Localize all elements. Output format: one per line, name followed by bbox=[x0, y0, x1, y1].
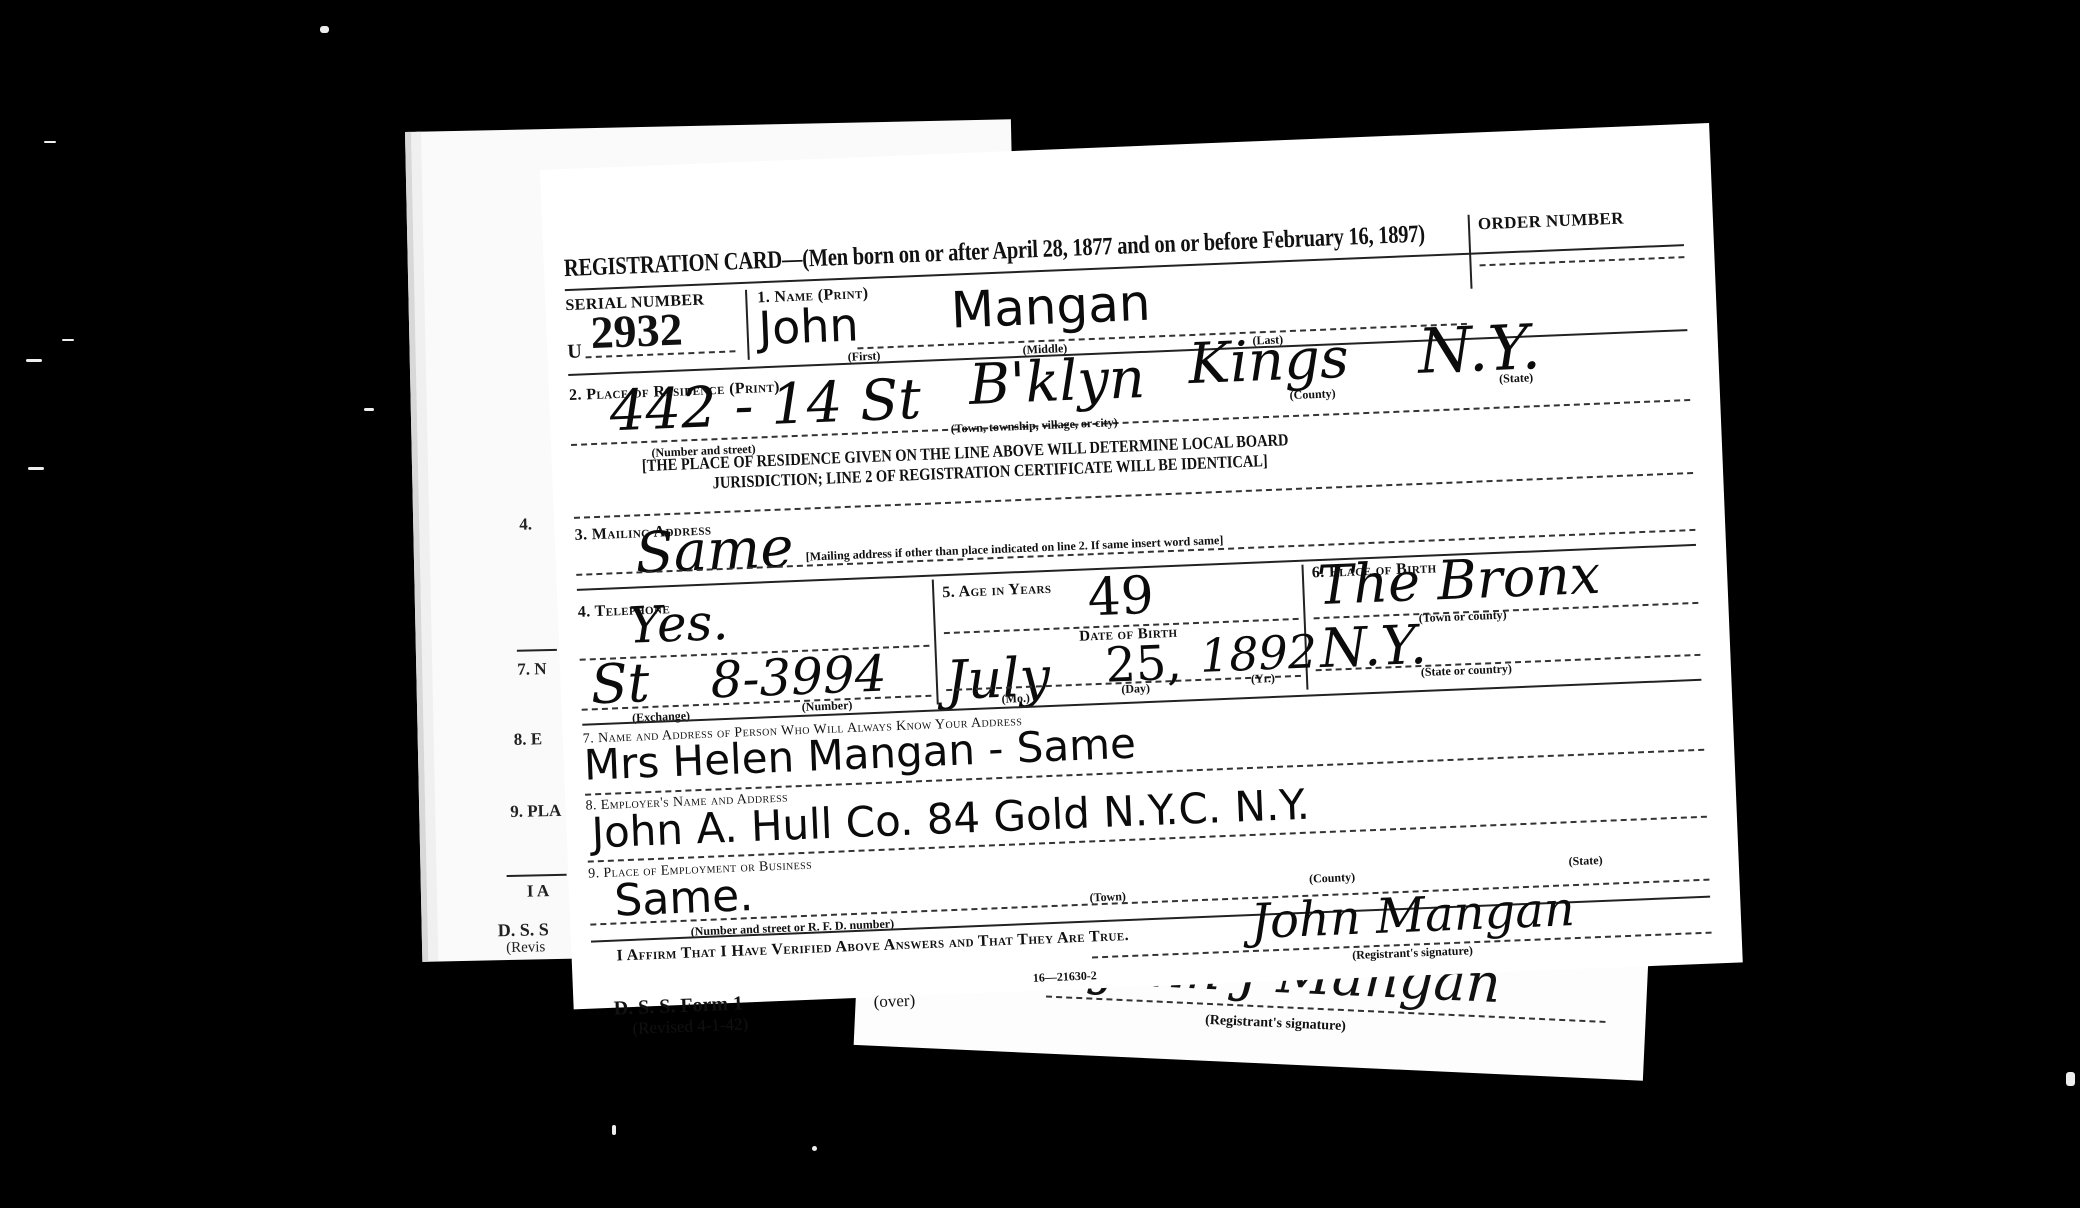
caption-state-country: (State or country) bbox=[1421, 661, 1513, 680]
caption-county: (County) bbox=[1289, 386, 1336, 403]
scan-speck bbox=[62, 339, 74, 341]
telephone-line1: Yes. bbox=[627, 593, 729, 655]
scan-speck bbox=[612, 1125, 616, 1135]
caption-county-9: (County) bbox=[1309, 870, 1356, 887]
age-value: 49 bbox=[1086, 566, 1155, 629]
scan-speck bbox=[44, 141, 56, 143]
scan-speck bbox=[320, 26, 329, 33]
order-number-line bbox=[1480, 256, 1685, 266]
name-line bbox=[857, 323, 1467, 349]
dob-month: July bbox=[945, 645, 1052, 712]
order-number-label: ORDER NUMBER bbox=[1478, 209, 1625, 235]
back-card-fragment: 9. PLA bbox=[510, 801, 561, 822]
birthplace-town: The Bronx bbox=[1316, 543, 1601, 617]
caption-month: (Mo.) bbox=[1001, 691, 1030, 707]
back-card-fragment: D. S. S bbox=[498, 919, 549, 941]
caption-town-9: (Town) bbox=[1089, 889, 1126, 905]
name-first: John bbox=[757, 297, 859, 355]
caption-day: (Day) bbox=[1121, 681, 1150, 697]
mailing-address-caption: [Mailing address if other than place ind… bbox=[805, 533, 1223, 565]
age-label: 5. Age in Years bbox=[942, 580, 1052, 602]
form-revised: (Revised 4-1-42) bbox=[632, 1014, 748, 1039]
scan-speck bbox=[28, 467, 44, 470]
print-code: 16—21630-2 bbox=[1033, 968, 1098, 986]
back-card-fragment: 4. bbox=[519, 514, 532, 534]
name-last: Mangan bbox=[950, 274, 1152, 340]
caption-town-county: (Town or county) bbox=[1418, 608, 1507, 627]
back-card-fragment: 8. E bbox=[514, 729, 543, 750]
serial-prefix: U bbox=[567, 340, 582, 364]
back-card-fragment: 7. N bbox=[517, 659, 547, 680]
caption-state: (State) bbox=[1499, 370, 1534, 386]
mailing-address-value: Same bbox=[634, 515, 794, 586]
residence-town: B'klyn bbox=[968, 346, 1147, 418]
scan-speck bbox=[812, 1146, 817, 1151]
scan-speck bbox=[364, 408, 374, 411]
scan-speck bbox=[2066, 1072, 2075, 1086]
caption-state-9: (State) bbox=[1568, 853, 1603, 869]
card-title-text: REGISTRATION CARD bbox=[563, 246, 782, 282]
eligibility-text: —(Men born on or after April 28, 1877 an… bbox=[781, 221, 1425, 274]
serial-divider bbox=[745, 290, 750, 360]
scan-speck bbox=[26, 359, 42, 362]
caption-year: (Yr.) bbox=[1251, 671, 1275, 687]
signature-caption: (Registrant's signature) bbox=[1205, 1013, 1346, 1035]
caption-town: (Town, township, village, or city) bbox=[950, 415, 1117, 437]
back-card-fragment: (Revis bbox=[506, 939, 546, 957]
serial-number-value: 2932 bbox=[590, 302, 684, 359]
back-card-fragment: I A bbox=[527, 881, 550, 901]
column-divider bbox=[932, 580, 939, 705]
registration-card: REGISTRATION CARD—(Men born on or after … bbox=[540, 123, 1743, 1009]
over-note: (over) bbox=[873, 991, 915, 1013]
